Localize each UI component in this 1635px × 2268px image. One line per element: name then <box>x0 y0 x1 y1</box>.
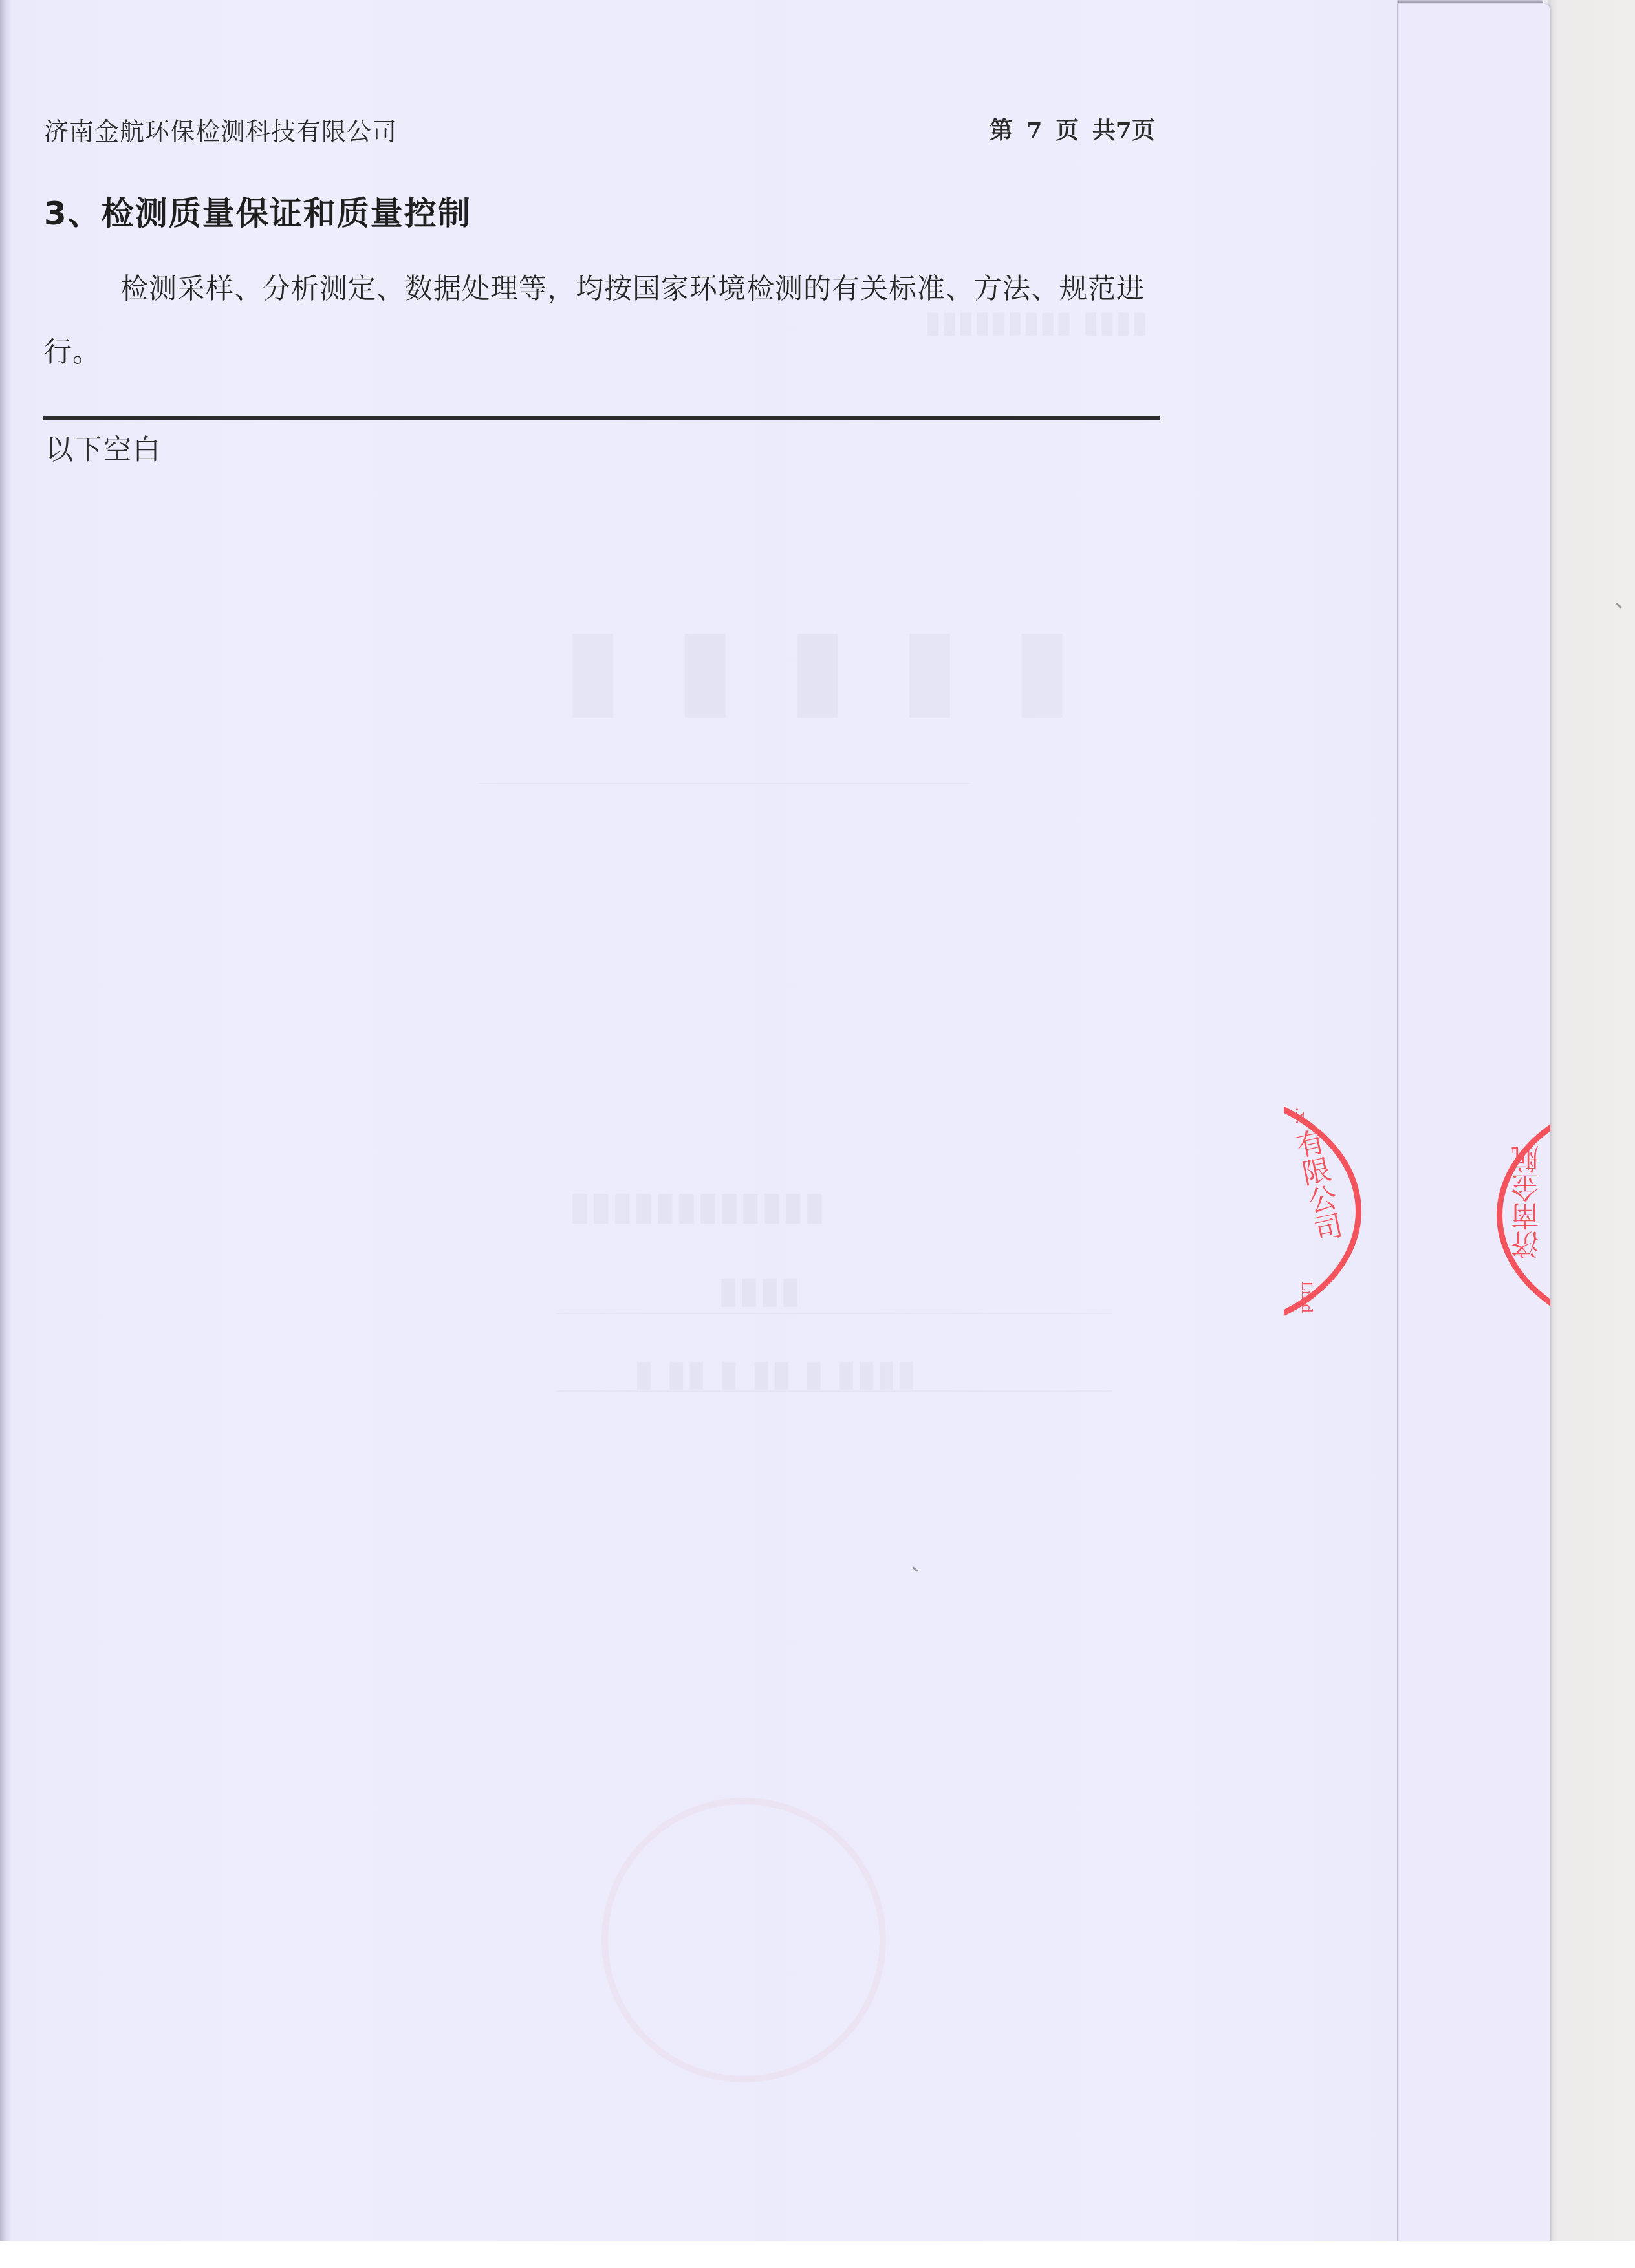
scanner-background <box>1548 0 1635 2241</box>
section-title: 3、检测质量保证和质量控制 <box>44 188 471 234</box>
header-company-name: 济南金航环保检测科技有限公司 <box>44 111 397 147</box>
scanner-dust <box>912 1566 918 1572</box>
section-body: 检测采样、分析测定、数据处理等，均按国家环境检测的有关标准、方法、规范进行。 <box>44 257 1169 384</box>
bleed-through-rule <box>556 1390 1112 1392</box>
scan-area: 济南金航 ▮▮▮▮▮ ▮▮▮▮ ▮▮▮▮▮▮▮▮▮ ▮▮▮▮▮▮▮▮▮▮▮▮ ▮… <box>0 0 1635 2241</box>
stamp-text: 济南金航 <box>1510 1145 1549 1259</box>
bleed-through-ghost: ▮▮▮▮ ▮ ▮▮ ▮ ▮▮ ▮ <box>634 1352 916 1394</box>
blank-below-note: 以下空白 <box>45 428 162 468</box>
bleed-through-ghost: ▮▮▮▮ <box>718 1268 801 1312</box>
document-page: ▮▮▮▮▮ ▮▮▮▮ ▮▮▮▮▮▮▮▮▮ ▮▮▮▮▮▮▮▮▮▮▮▮ ▮▮▮▮ ▮… <box>0 0 1397 2241</box>
stamp-fragment: Lmd <box>1298 1281 1314 1313</box>
bleed-through-stamp <box>601 1798 886 2082</box>
page-indicator: 第 7 页 共7页 <box>990 113 1155 146</box>
bleed-through-rule <box>556 1313 1112 1314</box>
seam-stamp-left: .x. 有限公司 Lmd <box>1284 1083 1368 1339</box>
bleed-through-ghost: ▮▮▮▮▮ <box>511 601 1072 731</box>
seam-stamp-right: 济南金航 <box>1492 1087 1550 1343</box>
bleed-through-ghost: ▮▮▮▮▮▮▮▮▮▮▮▮ <box>569 1183 825 1229</box>
horizontal-rule <box>43 416 1160 420</box>
bleed-through-rule <box>479 783 970 784</box>
stamp-fragment: .x. <box>1292 1107 1308 1124</box>
underlying-page: 济南金航 <box>1397 4 1550 2241</box>
